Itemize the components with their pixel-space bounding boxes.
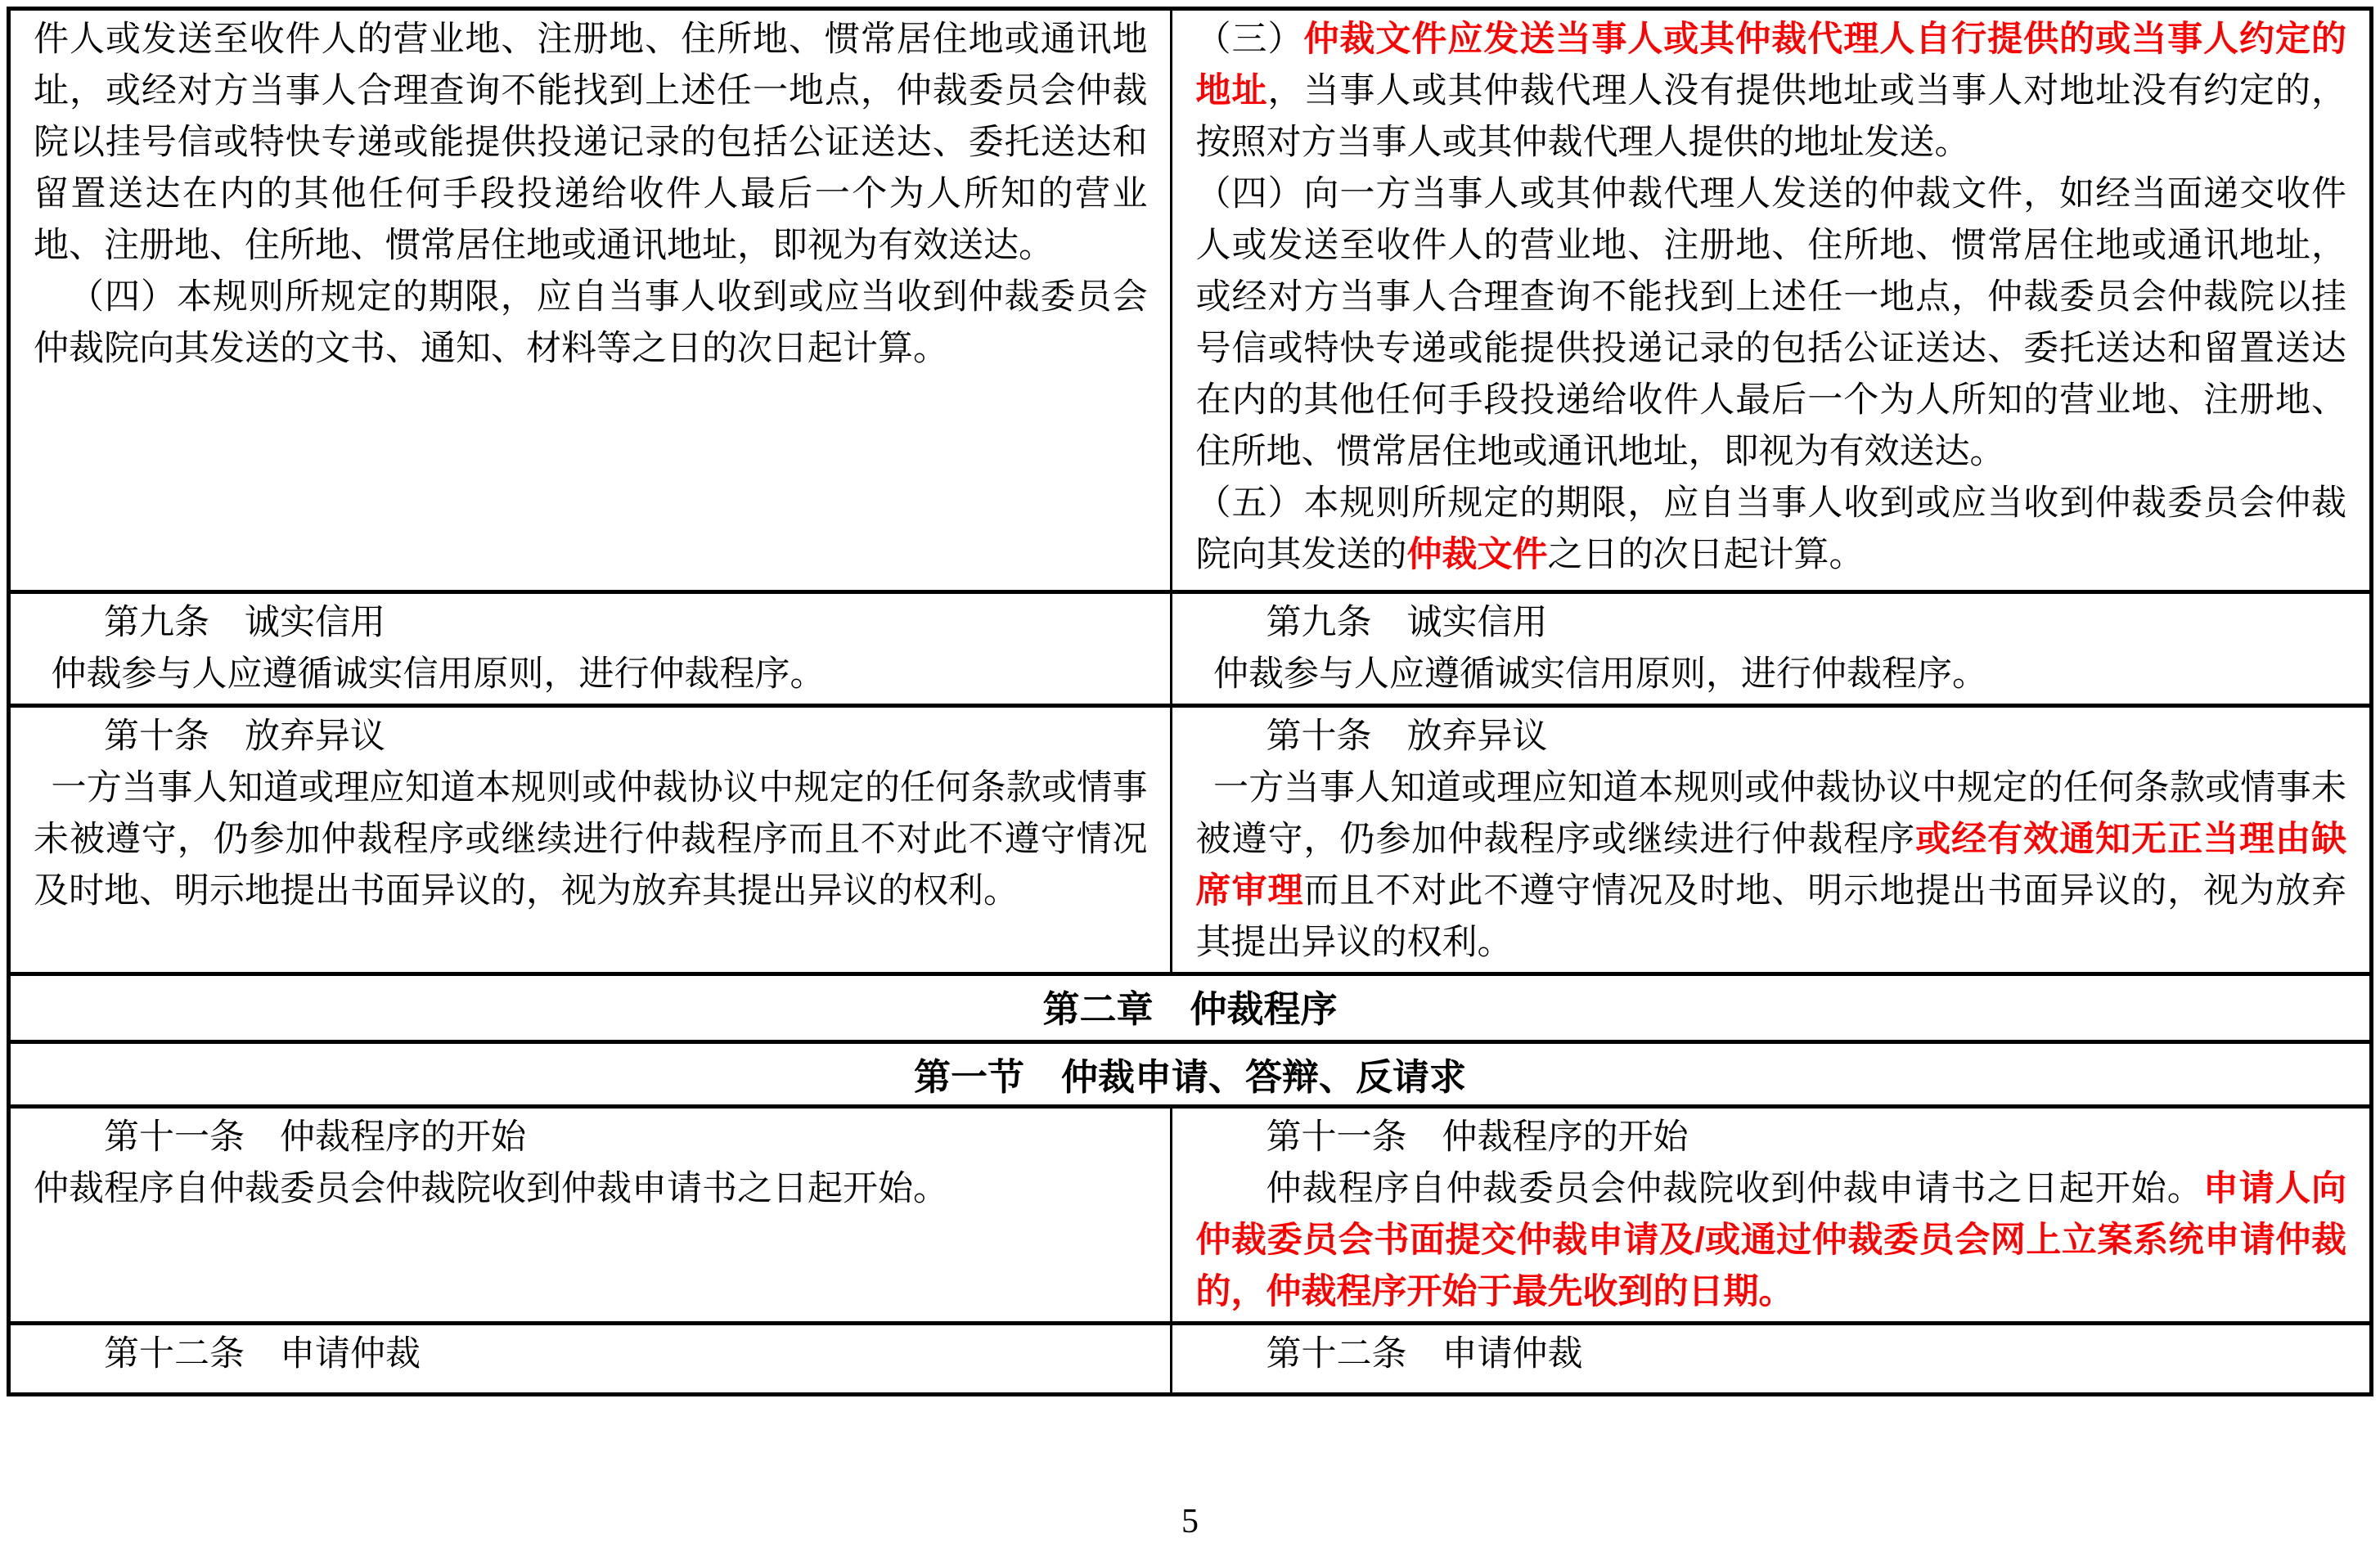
- document-page: 件人或发送至收件人的营业地、注册地、住所地、惯常居住地或通讯地址，或经对方当事人…: [0, 0, 2380, 1556]
- article-body: 仲裁参与人应遵循诚实信用原则，进行仲裁程序。: [1195, 649, 2346, 700]
- article-heading: 第十条 放弃异议: [1195, 711, 2346, 762]
- text-run: 第十二条 申请仲裁: [1266, 1335, 1582, 1374]
- table-row-service: 件人或发送至收件人的营业地、注册地、住所地、惯常居住地或通讯地址，或经对方当事人…: [9, 9, 2372, 592]
- table-row-article9: 第九条 诚实信用 仲裁参与人应遵循诚实信用原则，进行仲裁程序。 第九条 诚实信用…: [9, 592, 2372, 706]
- table-row-article10: 第十条 放弃异议 一方当事人知道或理应知道本规则或仲裁协议中规定的任何条款或情事…: [9, 706, 2372, 974]
- old-rule-article10-cell: 第十条 放弃异议 一方当事人知道或理应知道本规则或仲裁协议中规定的任何条款或情事…: [9, 706, 1172, 974]
- text-run: 仲裁程序自仲裁委员会仲裁院收到仲裁申请书之日起开始。: [34, 1170, 948, 1208]
- table-row-section1: 第一节 仲裁申请、答辩、反请求: [9, 1042, 2372, 1107]
- article-heading: 第十一条 仲裁程序的开始: [34, 1112, 1147, 1163]
- article-body: 仲裁参与人应遵循诚实信用原则，进行仲裁程序。: [34, 649, 1147, 700]
- old-rule-article11-cell: 第十一条 仲裁程序的开始 仲裁程序自仲裁委员会仲裁院收到仲裁申请书之日起开始。: [9, 1107, 1172, 1324]
- new-rule-service-cell: （三）仲裁文件应发送当事人或其仲裁代理人自行提供的或当事人约定的地址，当事人或其…: [1172, 9, 2372, 592]
- article-body: 一方当事人知道或理应知道本规则或仲裁协议中规定的任何条款或情事未被遵守，仍参加仲…: [34, 762, 1147, 917]
- article-heading: 第九条 诚实信用: [1195, 597, 2346, 649]
- text-run: 一方当事人知道或理应知道本规则或仲裁协议中规定的任何条款或情事未被遵守，仍参加仲…: [34, 769, 1147, 911]
- new-rule-article10-cell: 第十条 放弃异议 一方当事人知道或理应知道本规则或仲裁协议中规定的任何条款或情事…: [1172, 706, 2372, 974]
- text-run: ，当事人或其仲裁代理人没有提供地址或当事人对地址没有约定的，按照对方当事人或其仲…: [1195, 72, 2346, 162]
- highlighted-amendment-text: 仲裁文件: [1406, 535, 1547, 574]
- text-run: 件人或发送至收件人的营业地、注册地、住所地、惯常居住地或通讯地址，或经对方当事人…: [34, 20, 1147, 265]
- new-rule-article9-cell: 第九条 诚实信用 仲裁参与人应遵循诚实信用原则，进行仲裁程序。: [1172, 592, 2372, 706]
- rules-comparison-table: 件人或发送至收件人的营业地、注册地、住所地、惯常居住地或通讯地址，或经对方当事人…: [7, 7, 2373, 1396]
- text-run: 仲裁参与人应遵循诚实信用原则，进行仲裁程序。: [1213, 655, 1987, 694]
- new-rule-article11-cell: 第十一条 仲裁程序的开始 仲裁程序自仲裁委员会仲裁院收到仲裁申请书之日起开始。申…: [1172, 1107, 2372, 1324]
- text-run: （四）向一方当事人或其仲裁代理人发送的仲裁文件，如经当面递交收件人或发送至收件人…: [1195, 175, 2346, 471]
- paragraph-item4: （四）本规则所规定的期限，应自当事人收到或应当收到仲裁委员会仲裁院向其发送的文书…: [34, 272, 1147, 375]
- table-row-article12: 第十二条 申请仲裁 第十二条 申请仲裁: [9, 1324, 2372, 1395]
- old-rule-article12-cell: 第十二条 申请仲裁: [9, 1324, 1172, 1395]
- text-run: 第十条 放弃异议: [1266, 717, 1547, 756]
- new-rule-article12-cell: 第十二条 申请仲裁: [1172, 1324, 2372, 1395]
- text-run: 第九条 诚实信用: [104, 604, 385, 642]
- chapter-title: 第二章 仲裁程序: [1042, 988, 1337, 1030]
- text-run: 第十一条 仲裁程序的开始: [1266, 1118, 1688, 1157]
- table-row-article11: 第十一条 仲裁程序的开始 仲裁程序自仲裁委员会仲裁院收到仲裁申请书之日起开始。 …: [9, 1107, 2372, 1324]
- old-rule-service-cell: 件人或发送至收件人的营业地、注册地、住所地、惯常居住地或通讯地址，或经对方当事人…: [9, 9, 1172, 592]
- article-body: 仲裁程序自仲裁委员会仲裁院收到仲裁申请书之日起开始。: [34, 1163, 1147, 1215]
- paragraph-item4: （四）向一方当事人或其仲裁代理人发送的仲裁文件，如经当面递交收件人或发送至收件人…: [1195, 169, 2346, 478]
- text-run: 仲裁程序自仲裁委员会仲裁院收到仲裁申请书之日起开始。: [1266, 1170, 2202, 1208]
- chapter2-heading-cell: 第二章 仲裁程序: [9, 974, 2372, 1042]
- article-heading: 第十条 放弃异议: [34, 711, 1147, 762]
- text-run: 而且不对此不遵守情况及时地、明示地提出书面异议的，视为放弃其提出异议的权利。: [1195, 872, 2346, 962]
- text-run: 第十一条 仲裁程序的开始: [104, 1118, 526, 1157]
- article-body: 仲裁程序自仲裁委员会仲裁院收到仲裁申请书之日起开始。申请人向仲裁委员会书面提交仲…: [1195, 1163, 2346, 1318]
- article-body: 一方当事人知道或理应知道本规则或仲裁协议中规定的任何条款或情事未被遵守，仍参加仲…: [1195, 762, 2346, 969]
- text-run: 之日的次日起计算。: [1547, 536, 1864, 574]
- article-heading: 第十二条 申请仲裁: [1195, 1329, 2346, 1380]
- article-heading: 第十二条 申请仲裁: [34, 1329, 1147, 1380]
- table-row-chapter2: 第二章 仲裁程序: [9, 974, 2372, 1042]
- paragraph-item3: （三）仲裁文件应发送当事人或其仲裁代理人自行提供的或当事人约定的地址，当事人或其…: [1195, 14, 2346, 169]
- paragraph-item5: （五）本规则所规定的期限，应自当事人收到或应当收到仲裁委员会仲裁院向其发送的仲裁…: [1195, 478, 2346, 581]
- article-heading: 第十一条 仲裁程序的开始: [1195, 1112, 2346, 1163]
- article-heading: 第九条 诚实信用: [34, 597, 1147, 649]
- section1-heading-cell: 第一节 仲裁申请、答辩、反请求: [9, 1042, 2372, 1107]
- paragraph-continuation: 件人或发送至收件人的营业地、注册地、住所地、惯常居住地或通讯地址，或经对方当事人…: [34, 14, 1147, 272]
- text-run: （四）本规则所规定的期限，应自当事人收到或应当收到仲裁委员会仲裁院向其发送的文书…: [34, 278, 1147, 368]
- page-number: 5: [0, 1501, 2380, 1542]
- text-run: 第十二条 申请仲裁: [104, 1335, 421, 1374]
- text-run: 仲裁参与人应遵循诚实信用原则，进行仲裁程序。: [52, 655, 826, 694]
- section-title: 第一节 仲裁申请、答辩、反请求: [914, 1056, 1466, 1098]
- text-run: （三）: [1195, 20, 1303, 59]
- text-run: 第九条 诚实信用: [1266, 604, 1547, 642]
- old-rule-article9-cell: 第九条 诚实信用 仲裁参与人应遵循诚实信用原则，进行仲裁程序。: [9, 592, 1172, 706]
- text-run: 第十条 放弃异议: [104, 717, 385, 756]
